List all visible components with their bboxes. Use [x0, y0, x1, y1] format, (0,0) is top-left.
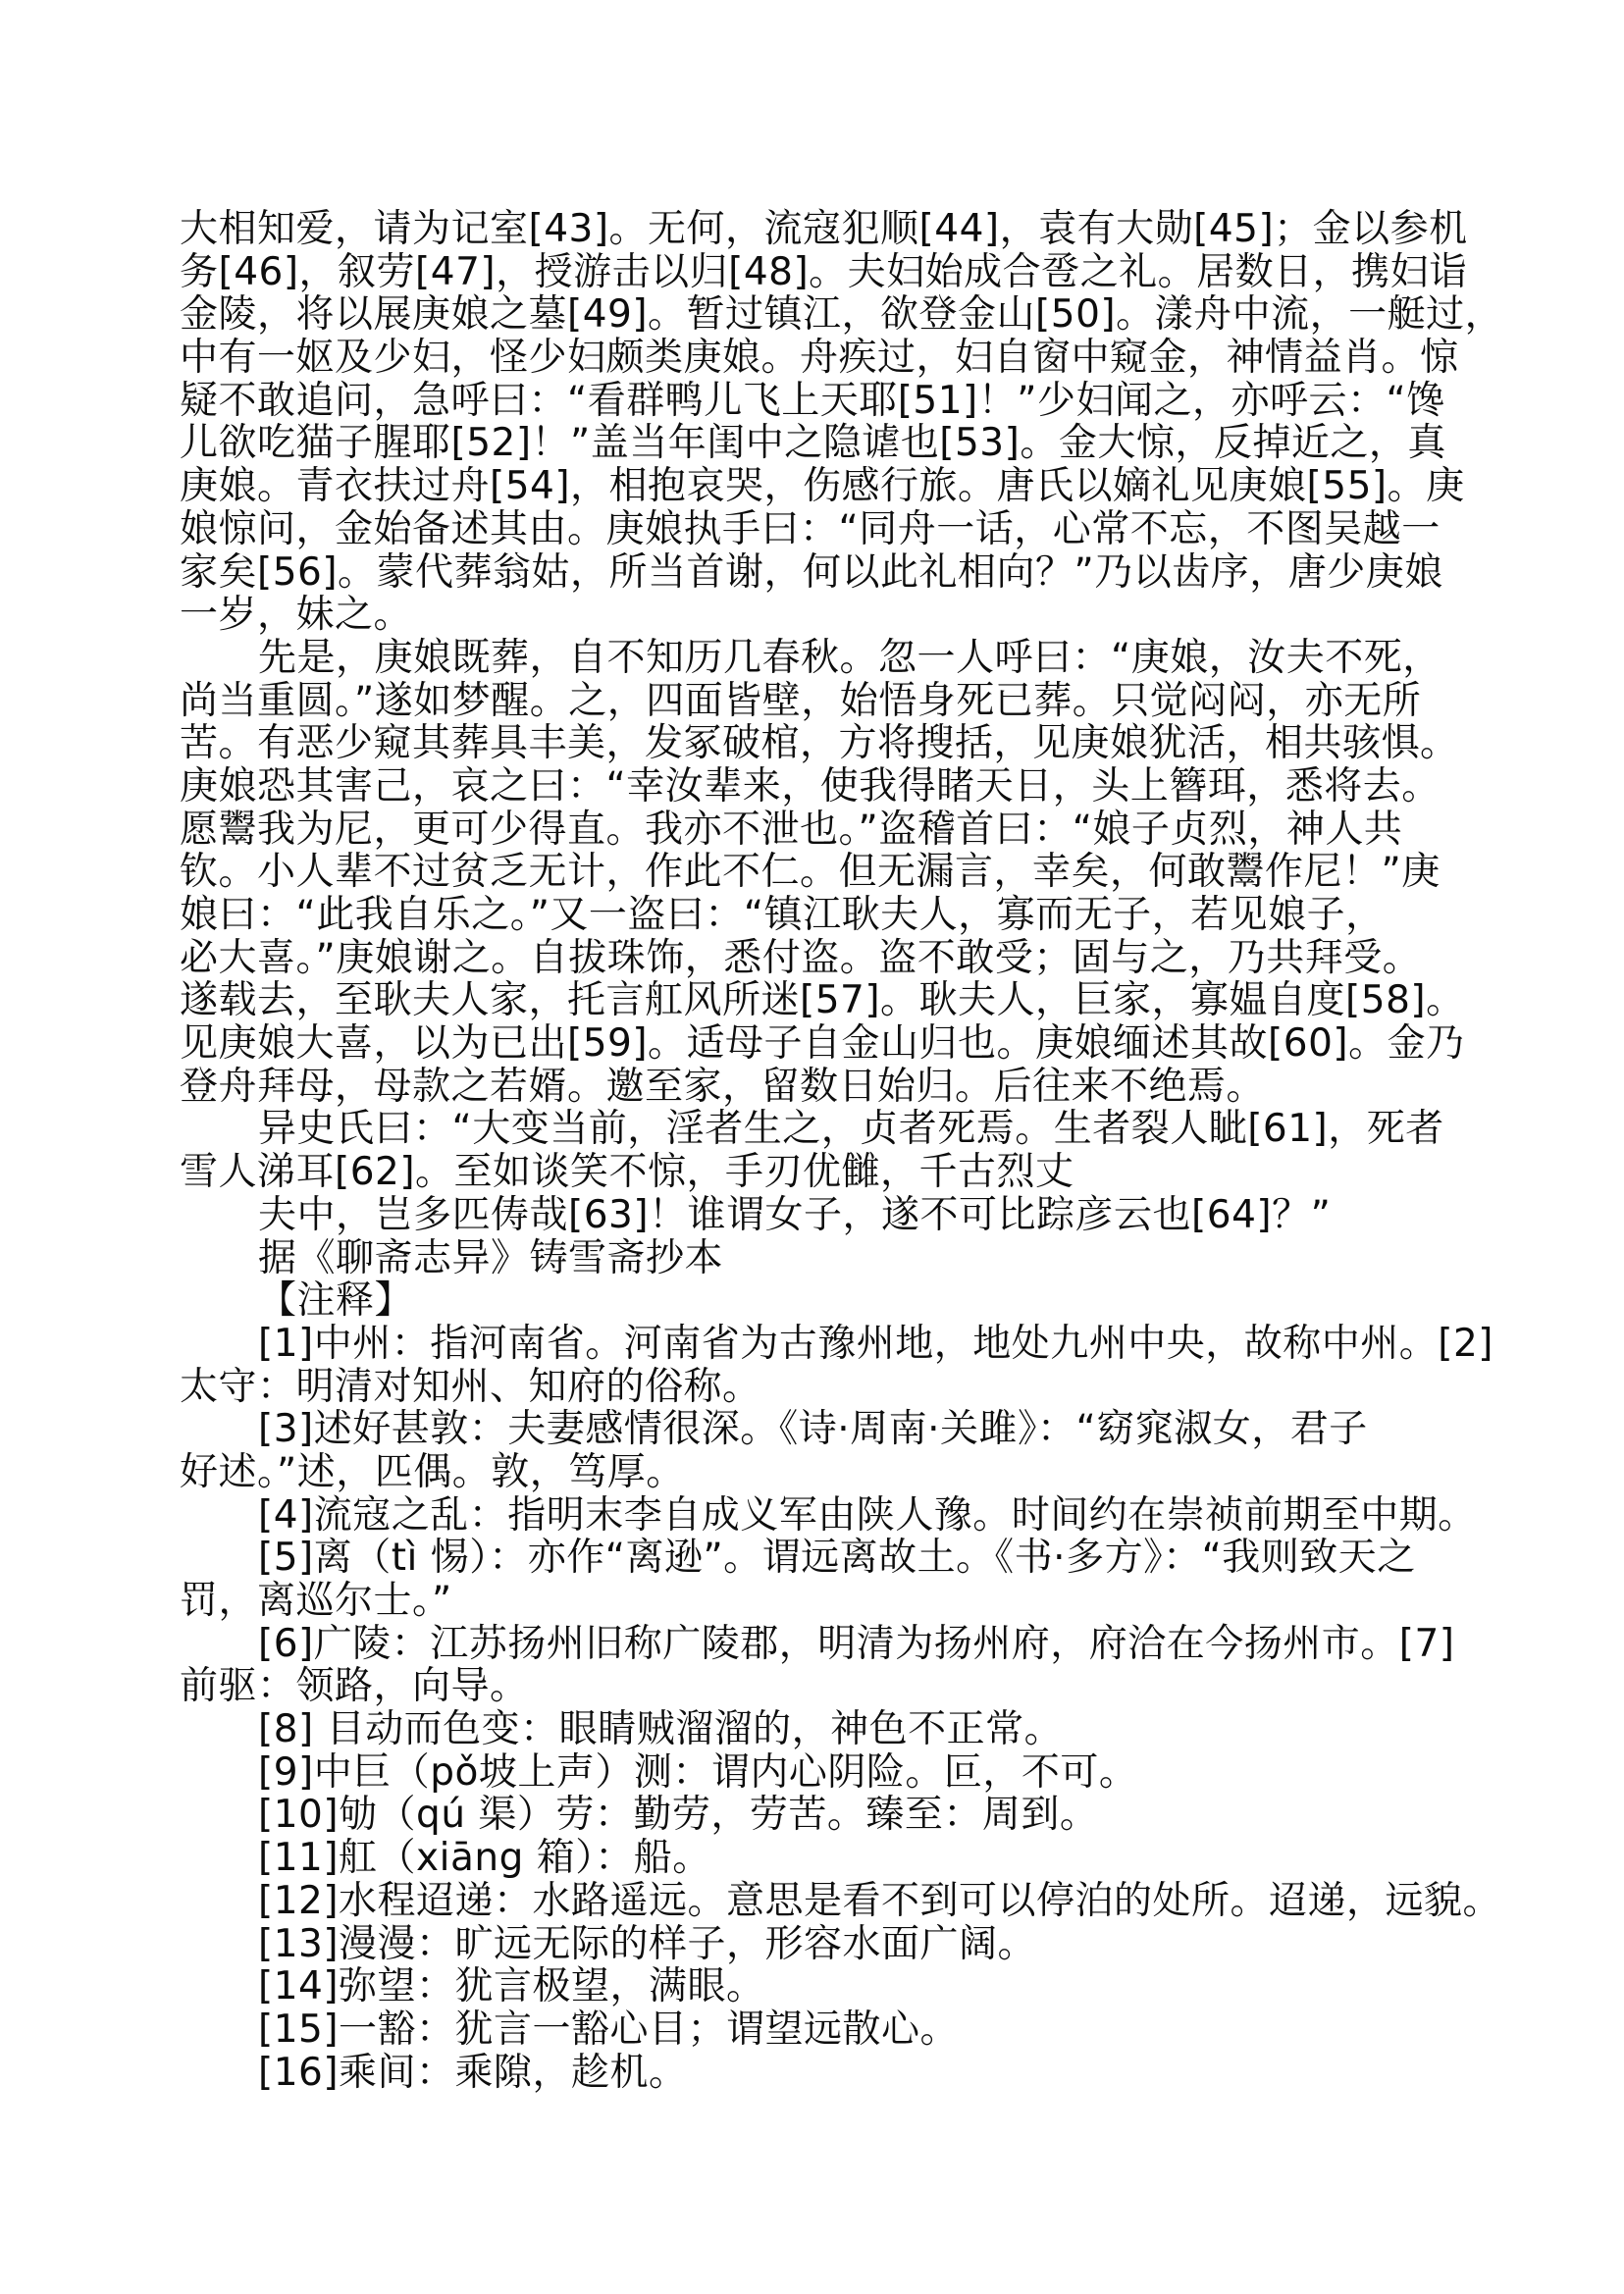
text-line: 一岁，妹之。 — [180, 594, 1455, 637]
text-line: 愿鬻我为尼，更可少得直。我亦不泄也。”盗稽首曰：“娘子贞烈，神人共 — [180, 808, 1455, 852]
text-line: 务[46]，叙劳[47]，授游击以归[48]。夫妇始成合卺之礼。居数日，携妇诣 — [180, 251, 1455, 294]
text-line: 【注释】 — [180, 1279, 1455, 1323]
text-line: [3]述好甚敦：夫妻感情很深。《诗·周南·关雎》：“窈窕淑女，君子 — [180, 1408, 1455, 1451]
text-line: 尚当重圆。”遂如梦醒。之，四面皆壁，始悟身死已葬。只觉闷闷，亦无所 — [180, 680, 1455, 723]
text-line: 必大喜。”庚娘谢之。自拔珠饰，悉付盗。盗不敢受；固与之，乃共拜受。 — [180, 937, 1455, 980]
text-line: 先是，庚娘既葬，自不知历几春秋。忽一人呼曰：“庚娘，汝夫不死， — [180, 637, 1455, 680]
text-line: 儿欲吃猫子腥耶[52]！”盖当年闺中之隐谑也[53]。金大惊，反掉近之，真 — [180, 422, 1455, 465]
document-page: 大相知爱，请为记室[43]。无何，流寇犯顺[44]，袁有大勋[45]；金以参机务… — [0, 0, 1624, 2294]
text-line: [6]广陵：江苏扬州旧称广陵郡，明清为扬州府，府洽在今扬州市。[7] — [180, 1623, 1455, 1666]
text-line: [10]劬（qú 渠）劳：勤劳，劳苦。臻至：周到。 — [180, 1794, 1455, 1837]
text-line: 金陵，将以展庚娘之墓[49]。暂过镇江，欲登金山[50]。漾舟中流，一艇过， — [180, 293, 1455, 337]
text-line: [9]中巨（pǒ坡上声）测：谓内心阴险。叵，不可。 — [180, 1751, 1455, 1795]
text-line: 罚，离巡尔士。” — [180, 1580, 1455, 1623]
text-line: 登舟拜母，母款之若婿。邀至家，留数日始归。后往来不绝焉。 — [180, 1066, 1455, 1109]
text-line: 钦。小人辈不过贫乏无计，作此不仁。但无漏言，幸矣，何敢鬻作尼！”庚 — [180, 851, 1455, 894]
text-line: [8] 目动而色变：眼睛贼溜溜的，神色不正常。 — [180, 1708, 1455, 1751]
text-line: [1]中州：指河南省。河南省为古豫州地，地处九州中央，故称中州。[2] — [180, 1323, 1455, 1366]
text-line: [14]弥望：犹言极望，满眼。 — [180, 1965, 1455, 2008]
text-line: [15]一豁：犹言一豁心目；谓望远散心。 — [180, 2008, 1455, 2052]
text-line: [4]流寇之乱：指明末李自成义军由陕人豫。时间约在崇祯前期至中期。 — [180, 1494, 1455, 1538]
text-line: 大相知爱，请为记室[43]。无何，流寇犯顺[44]，袁有大勋[45]；金以参机 — [180, 208, 1455, 251]
text-line: 庚娘恐其害己，哀之曰：“幸汝辈来，使我得睹天日，头上簪珥，悉将去。 — [180, 765, 1455, 808]
text-line: [16]乘间：乘隙，趁机。 — [180, 2052, 1455, 2095]
text-line: 前驱：领路，向导。 — [180, 1665, 1455, 1708]
text-line: 娘惊问，金始备述其由。庚娘执手曰：“同舟一话，心常不忘，不图吴越一 — [180, 508, 1455, 551]
text-line: 据《聊斋志异》铸雪斋抄本 — [180, 1237, 1455, 1280]
text-line: 中有一妪及少妇，怪少妇颇类庚娘。舟疾过，妇自窗中窥金，神情益肖。惊 — [180, 337, 1455, 380]
text-line: 苦。有恶少窥其葬具丰美，发冢破棺，方将搜括，见庚娘犹活，相共骇惧。 — [180, 722, 1455, 765]
text-line: [11]舡（xiāng 箱）：船。 — [180, 1837, 1455, 1880]
text-line: 见庚娘大喜，以为已出[59]。适母子自金山归也。庚娘缅述其故[60]。金乃 — [180, 1022, 1455, 1066]
text-line: 异史氏曰：“大变当前，淫者生之，贞者死焉。生者裂人眦[61]，死者 — [180, 1108, 1455, 1151]
text-line: 夫中，岂多匹俦哉[63]！谁谓女子，遂不可比踪彦云也[64]？” — [180, 1194, 1455, 1237]
text-line: 好述。”述，匹偶。敦，笃厚。 — [180, 1451, 1455, 1494]
text-line: 家矣[56]。蒙代葬翁姑，所当首谢，何以此礼相向？”乃以齿序，唐少庚娘 — [180, 551, 1455, 595]
text-line: 疑不敢追问，急呼曰：“看群鸭儿飞上天耶[51]！”少妇闻之，亦呼云：“馋 — [180, 380, 1455, 423]
text-line: [12]水程迢递：水路遥远。意思是看不到可以停泊的处所。迢递，远貌。 — [180, 1880, 1455, 1923]
text-line: 遂载去，至耿夫人家，托言舡风所迷[57]。耿夫人，巨家，寡媪自度[58]。 — [180, 979, 1455, 1022]
text-line: 庚娘。青衣扶过舟[54]，相抱哀哭，伤感行旅。唐氏以嫡礼见庚娘[55]。庚 — [180, 465, 1455, 508]
text-line: [13]漫漫：旷远无际的样子，形容水面广阔。 — [180, 1923, 1455, 1966]
text-line: 雪人涕耳[62]。至如谈笑不惊，手刃优雠，千古烈丈 — [180, 1151, 1455, 1194]
text-line: 娘曰：“此我自乐之。”又一盗曰：“镇江耿夫人，寡而无子，若见娘子， — [180, 894, 1455, 937]
document-text: 大相知爱，请为记室[43]。无何，流寇犯顺[44]，袁有大勋[45]；金以参机务… — [180, 208, 1455, 2094]
text-line: [5]离（tì 惕）：亦作“离逊”。谓远离故土。《书·多方》：“我则致天之 — [180, 1537, 1455, 1580]
text-line: 太守：明清对知州、知府的俗称。 — [180, 1366, 1455, 1409]
